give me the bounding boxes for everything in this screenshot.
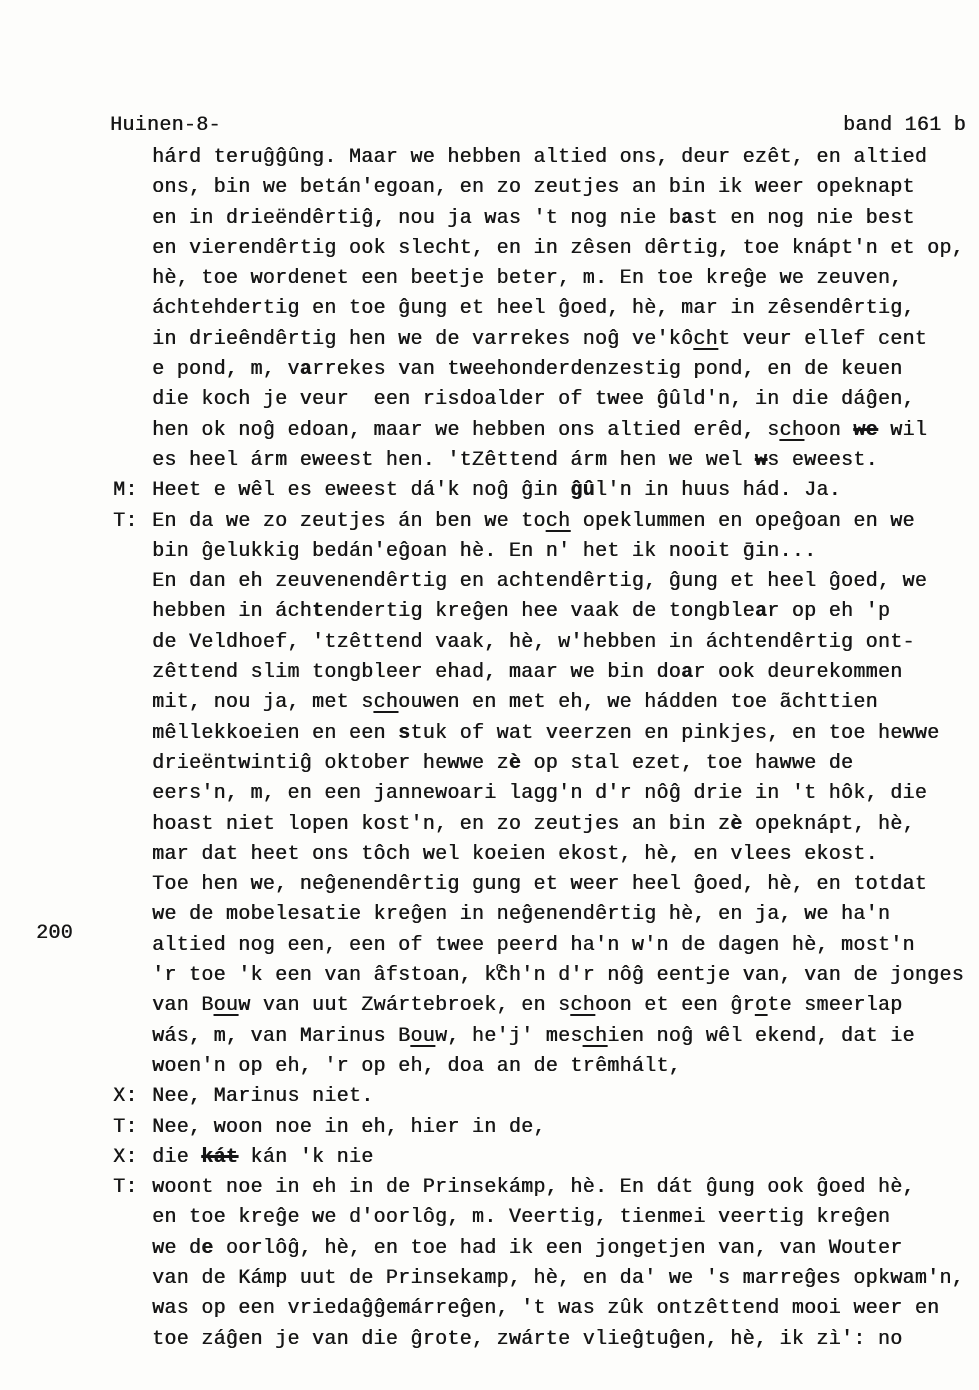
transcript-line: en in drieëndêrtiĝ, nou ja was 't nog ni… <box>152 204 967 234</box>
line-text: hoast niet lopen kost'n, en zo zeutjes a… <box>152 813 915 836</box>
line-text: de Veldhoef, 'tzêttend vaak, hè, w'hebbe… <box>152 631 915 654</box>
transcript-line: es heel árm eweest hen. 'tZêttend árm he… <box>152 446 967 476</box>
speaker-label: X: <box>113 1143 138 1173</box>
line-text: Heet e wêl es eweest dá'k noĝ ĝin ĝûl'n … <box>152 479 841 502</box>
transcript-line: van Bouw van uut Zwártebroek, en schoon … <box>152 991 967 1021</box>
speaker-label: T: <box>113 1173 138 1203</box>
line-text: En da we zo zeutjes án ben we toch opekl… <box>152 510 915 533</box>
speaker-label: T: <box>113 507 138 537</box>
line-text: e pond, m, varrekes van tweehonderdenzes… <box>152 358 902 381</box>
line-text: En dan eh zeuvenendêrtig en achtendêrtig… <box>152 570 927 593</box>
transcript-line: eers'n, m, en een jannewoari lagg'n d'r … <box>152 779 967 809</box>
transcript-line: zêttend slim tongbleer ehad, maar we bin… <box>152 658 967 688</box>
speaker-label: M: <box>113 476 138 506</box>
line-text: drieëntwintiĝ oktober hewwe zè op stal e… <box>152 752 853 775</box>
line-text: hebben in áchtendertig kreĝen hee vaak d… <box>152 600 890 623</box>
transcript-line: en vierendêrtig ook slecht, en in zêsen … <box>152 234 967 264</box>
transcript-line: woen'n op eh, 'r op eh, doa an de trêmhá… <box>152 1052 967 1082</box>
transcript-line: hárd teruĝĝûng. Maar we hebben altied on… <box>152 143 967 173</box>
line-text: áchtehdertig en toe ĝung et heel ĝoed, h… <box>152 297 915 320</box>
transcript-line: T:En da we zo zeutjes án ben we toch ope… <box>152 507 967 537</box>
document-title: Huinen-8- <box>110 114 221 137</box>
transcript-line: mit, nou ja, met schouwen en met eh, we … <box>152 688 967 718</box>
transcript-line: mar dat heet ons tôch wel koeien ekost, … <box>152 840 967 870</box>
transcript-line: de Veldhoef, 'tzêttend vaak, hè, w'hebbe… <box>152 628 967 658</box>
line-text: en vierendêrtig ook slecht, en in zêsen … <box>152 237 964 260</box>
transcript-line: hè, toe wordenet een beetje beter, m. En… <box>152 264 967 294</box>
line-text: toe záĝen je van die ĝrote, zwárte vlieĝ… <box>152 1328 902 1351</box>
line-text: in drieêndêrtig hen we de varrekes noĝ v… <box>152 328 927 351</box>
line-text: van de Kámp uut de Prinsekamp, hè, en da… <box>152 1267 964 1290</box>
line-text: mêllekkoeien en een stuk of wat veerzen … <box>152 722 939 745</box>
line-text: Toe hen we, neĝenendêrtig gung et weer h… <box>152 873 927 896</box>
transcript-line: in drieêndêrtig hen we de varrekes noĝ v… <box>152 325 967 355</box>
transcript-line: drieëntwintiĝ oktober hewwe zè op stal e… <box>152 749 967 779</box>
line-text: die kát kán 'k nie <box>152 1146 373 1169</box>
line-text: van Bouw van uut Zwártebroek, en schoon … <box>152 994 902 1017</box>
line-text: mar dat heet ons tôch wel koeien ekost, … <box>152 843 878 866</box>
page-header: Huinen-8- band 161 b <box>110 114 966 137</box>
line-text: Nee, woon noe in eh, hier in de, <box>152 1116 546 1139</box>
transcript-line: áchtehdertig en toe ĝung et heel ĝoed, h… <box>152 294 967 324</box>
line-text: Nee, Marinus niet. <box>152 1085 373 1108</box>
transcript-line: X:Nee, Marinus niet. <box>152 1082 967 1112</box>
transcript-line: altied nog een, een of twee peerd ha'n w… <box>152 931 967 961</box>
transcript-body: hárd teruĝĝûng. Maar we hebben altied on… <box>152 143 967 1355</box>
line-text: we de oorlôĝ, hè, en toe had ik een jong… <box>152 1237 902 1260</box>
transcript-line: X:die kát kán 'k nie <box>152 1143 967 1173</box>
transcript-line: M:Heet e wêl es eweest dá'k noĝ ĝin ĝûl'… <box>152 476 967 506</box>
transcript-line: En dan eh zeuvenendêrtig en achtendêrtig… <box>152 567 967 597</box>
line-text: die koch je veur een risdoalder of twee … <box>152 388 915 411</box>
line-text: woen'n op eh, 'r op eh, doa an de trêmhá… <box>152 1055 681 1078</box>
line-text: 'r toe 'k een van âfstoan, koĉh'n d'r nô… <box>152 964 964 987</box>
transcript-line: van de Kámp uut de Prinsekamp, hè, en da… <box>152 1264 967 1294</box>
transcript-line: ons, bin we betán'egoan, en zo zeutjes a… <box>152 173 967 203</box>
line-text: hárd teruĝĝûng. Maar we hebben altied on… <box>152 146 927 169</box>
transcript-line: hen ok noĝ edoan, maar we hebben ons alt… <box>152 416 967 446</box>
transcript-line: e pond, m, varrekes van tweehonderdenzes… <box>152 355 967 385</box>
line-text: zêttend slim tongbleer ehad, maar we bin… <box>152 661 902 684</box>
transcript-line: toe záĝen je van die ĝrote, zwárte vlieĝ… <box>152 1325 967 1355</box>
transcript-line: en toe kreĝe we d'oorlôg, m. Veertig, ti… <box>152 1203 967 1233</box>
line-text: es heel árm eweest hen. 'tZêttend árm he… <box>152 449 878 472</box>
scanned-document-page: Huinen-8- band 161 b 200 hárd teruĝĝûng.… <box>0 0 979 1390</box>
transcript-line: we de oorlôĝ, hè, en toe had ik een jong… <box>152 1234 967 1264</box>
line-text: en toe kreĝe we d'oorlôg, m. Veertig, ti… <box>152 1206 890 1229</box>
line-text: wás, m, van Marinus Bouw, he'j' meschien… <box>152 1025 915 1048</box>
margin-line-number: 200 <box>36 922 73 945</box>
transcript-line: Toe hen we, neĝenendêrtig gung et weer h… <box>152 870 967 900</box>
line-text: en in drieëndêrtiĝ, nou ja was 't nog ni… <box>152 207 915 230</box>
line-text: mit, nou ja, met schouwen en met eh, we … <box>152 691 878 714</box>
line-text: altied nog een, een of twee peerd ha'n w… <box>152 934 915 957</box>
speaker-label: T: <box>113 1113 138 1143</box>
transcript-line: T:woont noe in eh in de Prinsekámp, hè. … <box>152 1173 967 1203</box>
transcript-line: T:Nee, woon noe in eh, hier in de, <box>152 1113 967 1143</box>
line-text: was op een vriedaĝĝemárreĝen, 't was zûk… <box>152 1297 939 1320</box>
transcript-line: hoast niet lopen kost'n, en zo zeutjes a… <box>152 810 967 840</box>
band-label: band 161 b <box>843 114 966 137</box>
line-text: we de mobelesatie kreĝen in neĝenendêrti… <box>152 903 890 926</box>
transcript-line: we de mobelesatie kreĝen in neĝenendêrti… <box>152 900 967 930</box>
transcript-line: was op een vriedaĝĝemárreĝen, 't was zûk… <box>152 1294 967 1324</box>
transcript-line: wás, m, van Marinus Bouw, he'j' meschien… <box>152 1022 967 1052</box>
transcript-line: mêllekkoeien en een stuk of wat veerzen … <box>152 719 967 749</box>
line-text: hè, toe wordenet een beetje beter, m. En… <box>152 267 902 290</box>
speaker-label: X: <box>113 1082 138 1112</box>
transcript-line: 'r toe 'k een van âfstoan, koĉh'n d'r nô… <box>152 961 967 991</box>
line-text: hen ok noĝ edoan, maar we hebben ons alt… <box>152 419 927 442</box>
transcript-line: die koch je veur een risdoalder of twee … <box>152 385 967 415</box>
line-text: eers'n, m, en een jannewoari lagg'n d'r … <box>152 782 927 805</box>
transcript-line: hebben in áchtendertig kreĝen hee vaak d… <box>152 597 967 627</box>
transcript-line: bin ĝelukkig bedán'eĝoan hè. En n' het i… <box>152 537 967 567</box>
line-text: woont noe in eh in de Prinsekámp, hè. En… <box>152 1176 915 1199</box>
line-text: bin ĝelukkig bedán'eĝoan hè. En n' het i… <box>152 540 816 563</box>
line-text: ons, bin we betán'egoan, en zo zeutjes a… <box>152 176 915 199</box>
